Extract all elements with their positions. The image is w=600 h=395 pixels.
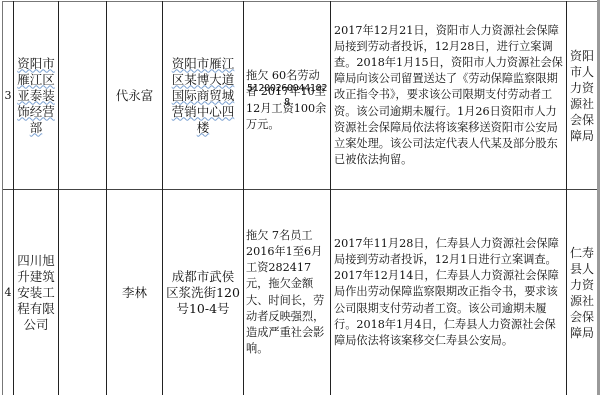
arrears-blacklist-table: 3 资阳市雁江区亚泰装饰经营部 代永富 资阳市雁江区某博大道国际商贸城营销中心四… [0,0,600,395]
arrears-description: 拖欠 60名劳动者 2017年10至12月工资100余万元。 [243,2,330,189]
column-divider [58,1,59,395]
handling-description: 2017年11月28日，仁寿县人力资源社会保障局接到劳动者投诉，12月1日进行立… [331,190,566,395]
company-name: 四川旭升建筑安装工程有限公司 [14,190,58,395]
address: 资阳市雁江区某博大道国际商贸城营销中心四楼 [163,2,243,189]
company-name: 资阳市雁江区亚泰装饰经营部 [14,2,58,189]
handling-authority: 仁寿县人力资源社会保障局 [567,190,597,395]
address: 成都市武侯区浆洗街120号10-4号 [163,190,243,395]
handling-description: 2017年12月21日，资阳市人力资源社会保障局接到劳动者投诉，12月28日，进… [331,2,566,189]
handling-authority: 资阳市人力资源社会保障局 [567,2,597,189]
row-index: 4 [3,190,13,395]
row-index: 3 [3,2,13,189]
arrears-description: 拖欠 7名员工2016年1至6月工资282417元，拖欠金额大、时间长，劳动者反… [243,190,330,395]
legal-person: 李林 [107,190,162,395]
legal-person: 代永富 [107,2,162,189]
